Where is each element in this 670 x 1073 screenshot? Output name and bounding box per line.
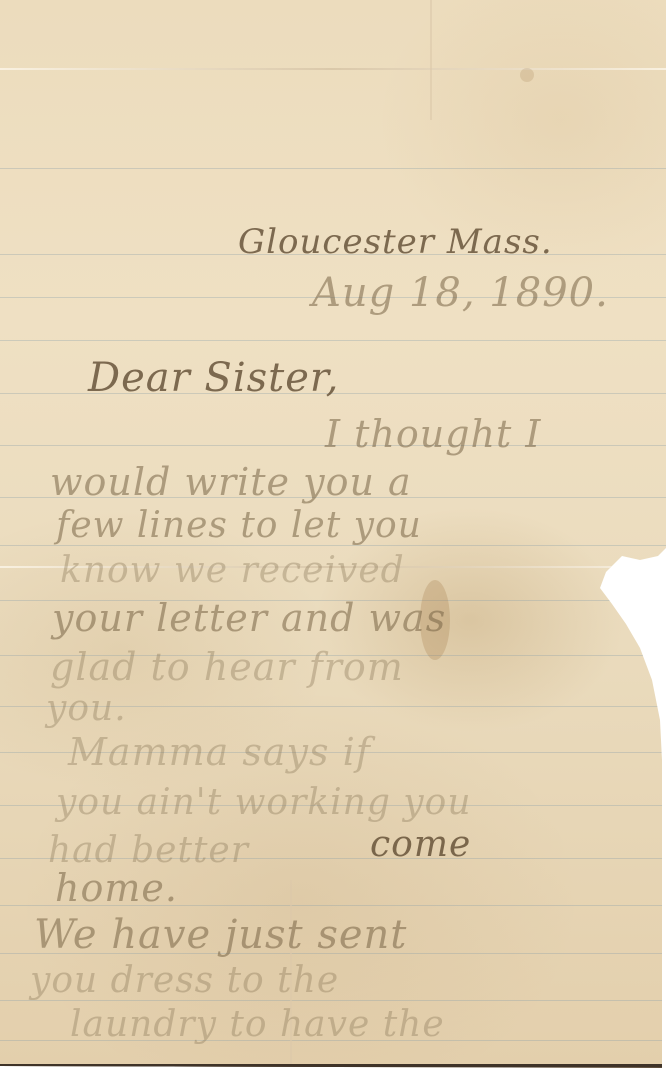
letter-line: you ain't working you	[56, 782, 472, 823]
paper-bottom-edge	[0, 1064, 664, 1067]
letter-line: would write you a	[50, 460, 412, 504]
letter-place: Gloucester Mass.	[238, 222, 553, 262]
letter-line: few lines to let you	[56, 505, 422, 546]
letter-line: know we received	[60, 550, 405, 591]
letter-line: you.	[46, 688, 127, 729]
paper-sheet: Gloucester Mass. Aug 18, 1890. Dear Sist…	[0, 0, 666, 1068]
letter-line: home.	[55, 866, 178, 910]
ruled-line	[0, 168, 666, 169]
stain	[520, 68, 534, 82]
letter-line: come	[370, 824, 471, 865]
fold-crease	[0, 68, 666, 70]
letter-line: laundry to have the	[70, 1004, 445, 1045]
letter-line: you dress to the	[30, 960, 339, 1001]
letter-line: Mamma says if	[68, 730, 371, 774]
letter-line: had better	[48, 830, 249, 871]
letter-line: your letter and was	[52, 596, 446, 640]
scanned-letter: Gloucester Mass. Aug 18, 1890. Dear Sist…	[0, 0, 670, 1073]
letter-line: We have just sent	[34, 912, 407, 958]
letter-date: Aug 18, 1890.	[312, 270, 609, 316]
ruled-line	[0, 340, 666, 341]
letter-line: I thought I	[325, 412, 541, 456]
letter-line: glad to hear from	[50, 645, 404, 689]
fold-crease	[430, 0, 432, 120]
letter-salutation: Dear Sister,	[88, 355, 339, 401]
